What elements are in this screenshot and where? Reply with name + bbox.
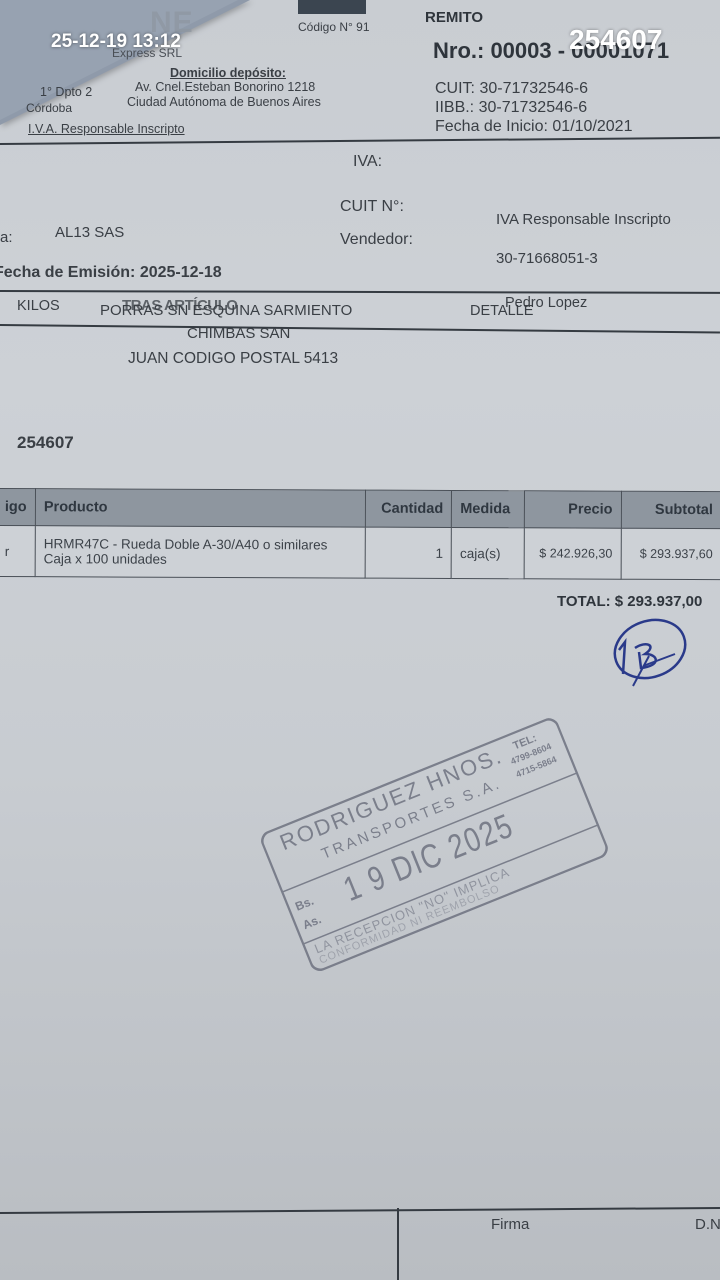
customer-divider: [0, 290, 720, 294]
header-medida: Medida: [452, 490, 525, 527]
header-cantidad: Cantidad: [365, 490, 452, 527]
document-type: REMITO: [425, 9, 483, 26]
cell-codigo: r: [0, 526, 35, 577]
table-header-row: igo Producto Cantidad Medida Precio Subt…: [0, 489, 720, 529]
handwritten-signature: [605, 612, 695, 697]
shipping-divider: [0, 324, 720, 334]
issuer-cuit: CUIT: 30-71732546-6: [435, 80, 588, 98]
product-description: HRMR47C - Rueda Doble A-30/A40 o similar…: [44, 536, 357, 552]
reception-stamp: RODRIGUEZ HNOS. TRANSPORTES S.A. TEL: 47…: [258, 715, 611, 974]
tracking-number-overlay: 254607: [569, 24, 662, 56]
reference-number: 254607: [17, 433, 74, 453]
vendor-name: Pedro Lopez: [505, 295, 587, 311]
firma-label: Firma: [491, 1216, 529, 1233]
kilos-label: KILOS: [17, 298, 60, 314]
vendedor-label: Vendedor:: [340, 231, 413, 249]
customer-name-label: a:: [0, 229, 13, 246]
dni-label: D.N: [695, 1216, 720, 1233]
customer-iva-value: IVA Responsable Inscripto: [496, 211, 671, 228]
header-logo-block: [298, 0, 366, 14]
cell-precio: $ 242.926,30: [524, 528, 621, 579]
issuer-iibb: IIBB.: 30-71732546-6: [435, 99, 587, 117]
header-precio: Precio: [524, 491, 621, 528]
cell-producto: HRMR47C - Rueda Doble A-30/A40 o similar…: [35, 526, 365, 578]
header-divider: [0, 137, 720, 145]
cell-cantidad: 1: [365, 527, 452, 578]
table-row: r HRMR47C - Rueda Doble A-30/A40 o simil…: [0, 526, 720, 580]
header-subtotal: Subtotal: [621, 491, 720, 528]
customer-cuit-value: 30-71668051-3: [496, 250, 598, 267]
header-producto: Producto: [35, 489, 365, 527]
header-codigo: igo: [0, 489, 35, 526]
shipping-address-line3: JUAN CODIGO POSTAL 5413: [128, 350, 338, 368]
issuer-city: Córdoba: [26, 101, 72, 115]
product-packaging: Caja x 100 unidades: [44, 551, 357, 567]
customer-cuit-label: CUIT N°:: [340, 198, 404, 216]
deposit-address-line2: Ciudad Autónoma de Buenos Aires: [127, 95, 321, 109]
items-table: igo Producto Cantidad Medida Precio Subt…: [0, 488, 720, 580]
issuer-iva-condition: I.V.A. Responsable Inscripto: [28, 122, 185, 136]
customer-iva-label: IVA:: [353, 153, 382, 171]
issuer-address-partial: 1° Dpto 2: [40, 85, 92, 99]
shipping-address-line2: CHIMBAS SAN: [187, 325, 290, 342]
photo-timestamp: 25-12-19 13:12: [51, 31, 181, 53]
codigo-label: Código N° 91: [298, 20, 370, 34]
emission-date: Fecha de Emisión: 2025-12-18: [0, 264, 222, 282]
customer-name: AL13 SAS: [55, 224, 124, 241]
deposit-address-line1: Av. Cnel.Esteban Bonorino 1218: [135, 80, 315, 94]
cell-medida: caja(s): [451, 527, 524, 578]
shipping-overprint: TRAS ARTÍCULO: [122, 297, 237, 314]
footer-column-divider: [397, 1208, 399, 1280]
deposit-label: Domicilio depósito:: [170, 66, 286, 80]
footer-divider: [0, 1207, 720, 1214]
total-amount: TOTAL: $ 293.937,00: [557, 593, 702, 610]
start-date: Fecha de Inicio: 01/10/2021: [435, 118, 632, 136]
cell-subtotal: $ 293.937,60: [621, 528, 720, 579]
